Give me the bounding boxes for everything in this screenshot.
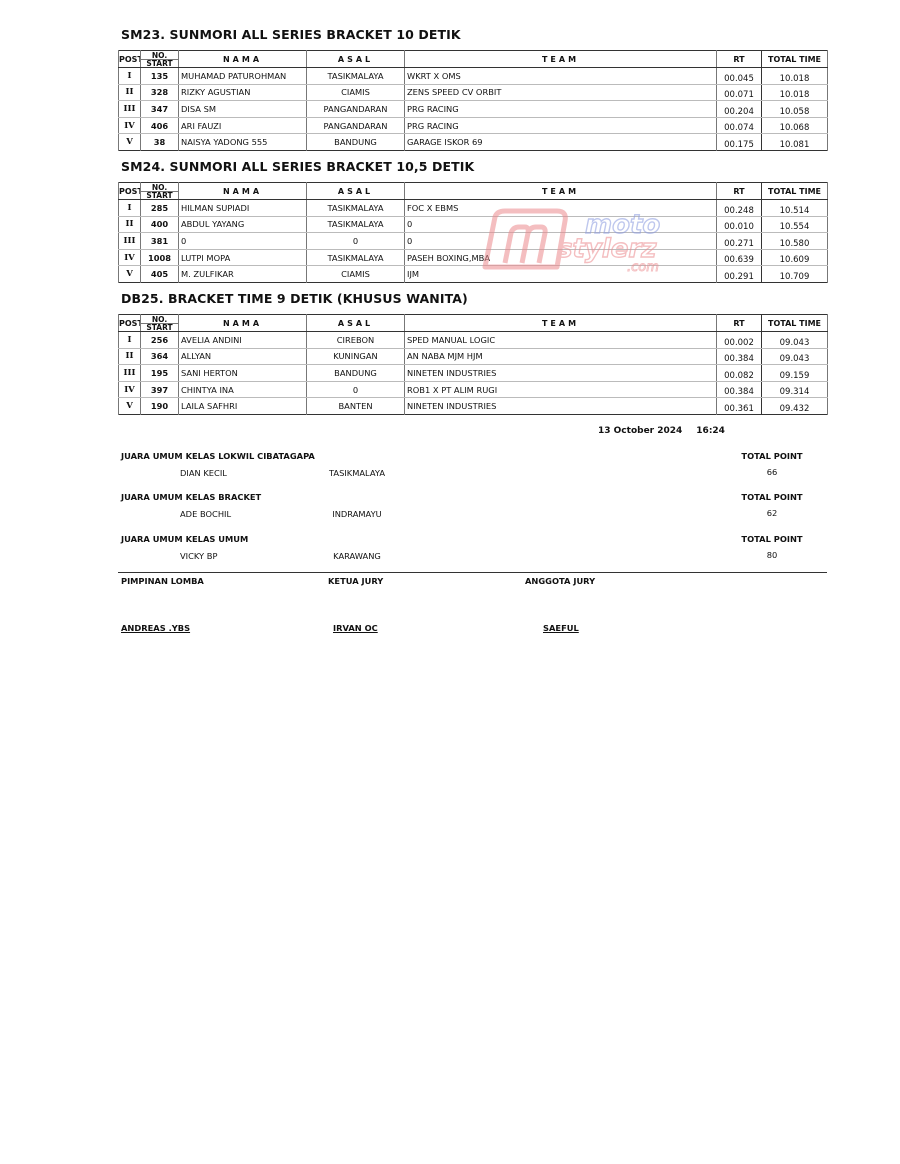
team-cell: FOC X EBMS	[405, 200, 717, 217]
origin-cell: TASIKMALAYA	[307, 200, 405, 217]
col-header-nama: NAMA	[179, 183, 307, 200]
reaction-time-cell: 00.384	[717, 348, 762, 365]
rider-name-cell: LUTPI MOPA	[179, 249, 307, 266]
table-row: IV1008LUTPI MOPATASIKMALAYAPASEH BOXING,…	[119, 249, 828, 266]
origin-cell: PANGANDARAN	[307, 117, 405, 134]
rider-name-cell: MUHAMAD PATUROHMAN	[179, 68, 307, 85]
total-time-cell: 09.043	[762, 332, 828, 349]
reaction-time-cell: 00.074	[717, 117, 762, 134]
col-header-pos: POST	[119, 51, 141, 68]
origin-cell: PANGANDARAN	[307, 101, 405, 118]
signature-role-anggota-jury: ANGGOTA JURY	[525, 576, 595, 586]
origin-cell: TASIKMALAYA	[307, 249, 405, 266]
print-timestamp: 13 October 202416:24	[598, 426, 725, 436]
table-row: III347DISA SMPANGANDARANPRG RACING00.204…	[119, 101, 828, 118]
total-time-cell: 10.709	[762, 266, 828, 283]
col-header-asal: ASAL	[307, 183, 405, 200]
rider-name-cell: DISA SM	[179, 101, 307, 118]
results-table-db25: POSTNO.STARTNAMAASALTEAMRTTOTAL TIMEI256…	[118, 314, 828, 415]
total-time-cell: 09.432	[762, 398, 828, 415]
col-header-rt: RT	[717, 183, 762, 200]
print-time: 16:24	[696, 426, 725, 436]
position-cell: I	[119, 68, 141, 85]
col-header-team: TEAM	[405, 315, 717, 332]
col-header-team: TEAM	[405, 51, 717, 68]
total-time-cell: 10.580	[762, 233, 828, 250]
rider-name-cell: LAILA SAFHRI	[179, 398, 307, 415]
team-cell: AN NABA MJM HJM	[405, 348, 717, 365]
origin-cell: 0	[307, 381, 405, 398]
col-header-total-time: TOTAL TIME	[762, 51, 828, 68]
rider-name-cell: ABDUL YAYANG	[179, 216, 307, 233]
rider-name-cell: SANI HERTON	[179, 365, 307, 382]
origin-cell: BANDUNG	[307, 365, 405, 382]
position-cell: III	[119, 233, 141, 250]
col-header-asal: ASAL	[307, 51, 405, 68]
reaction-time-cell: 00.248	[717, 200, 762, 217]
champion-origin-lokwil: TASIKMALAYA	[297, 468, 417, 478]
col-header-rt: RT	[717, 51, 762, 68]
position-cell: V	[119, 398, 141, 415]
rider-name-cell: ALLYAN	[179, 348, 307, 365]
position-cell: IV	[119, 381, 141, 398]
table-row: I135MUHAMAD PATUROHMANTASIKMALAYAWKRT X …	[119, 68, 828, 85]
total-time-cell: 10.068	[762, 117, 828, 134]
position-cell: I	[119, 332, 141, 349]
start-number-cell: 381	[141, 233, 179, 250]
start-number-cell: 285	[141, 200, 179, 217]
position-cell: II	[119, 216, 141, 233]
position-cell: I	[119, 200, 141, 217]
reaction-time-cell: 00.361	[717, 398, 762, 415]
start-number-cell: 135	[141, 68, 179, 85]
col-header-pos: POST	[119, 183, 141, 200]
position-cell: II	[119, 84, 141, 101]
total-time-cell: 09.159	[762, 365, 828, 382]
start-number-cell: 397	[141, 381, 179, 398]
position-cell: IV	[119, 249, 141, 266]
results-document: SM23. SUNMORI ALL SERIES BRACKET 10 DETI…	[0, 0, 900, 1164]
start-number-cell: 406	[141, 117, 179, 134]
origin-cell: CIAMIS	[307, 84, 405, 101]
rider-name-cell: CHINTYA INA	[179, 381, 307, 398]
col-header-no-start: NO.START	[141, 315, 179, 332]
col-header-no-start: NO.START	[141, 51, 179, 68]
rider-name-cell: HILMAN SUPIADI	[179, 200, 307, 217]
section-title-db25: DB25. BRACKET TIME 9 DETIK (KHUSUS WANIT…	[121, 291, 468, 306]
rider-name-cell: 0	[179, 233, 307, 250]
col-header-total-time: TOTAL TIME	[762, 183, 828, 200]
reaction-time-cell: 00.271	[717, 233, 762, 250]
team-cell: NINETEN INDUSTRIES	[405, 398, 717, 415]
table-row: III38100000.27110.580	[119, 233, 828, 250]
section-title-sm23: SM23. SUNMORI ALL SERIES BRACKET 10 DETI…	[121, 27, 461, 42]
position-cell: V	[119, 266, 141, 283]
start-number-cell: 1008	[141, 249, 179, 266]
champion-name-umum: VICKY BP	[180, 551, 217, 561]
start-number-cell: 400	[141, 216, 179, 233]
table-row: V38NAISYA YADONG 555BANDUNGGARAGE ISKOR …	[119, 134, 828, 151]
team-cell: GARAGE ISKOR 69	[405, 134, 717, 151]
start-number-cell: 256	[141, 332, 179, 349]
position-cell: III	[119, 101, 141, 118]
start-number-cell: 328	[141, 84, 179, 101]
champion-origin-umum: KARAWANG	[297, 551, 417, 561]
total-point-value-lokwil: 66	[732, 467, 812, 477]
total-time-cell: 10.018	[762, 84, 828, 101]
reaction-time-cell: 00.175	[717, 134, 762, 151]
origin-cell: TASIKMALAYA	[307, 68, 405, 85]
team-cell: WKRT X OMS	[405, 68, 717, 85]
team-cell: SPED MANUAL LOGIC	[405, 332, 717, 349]
rider-name-cell: ARI FAUZI	[179, 117, 307, 134]
print-date: 13 October 2024	[598, 426, 682, 436]
total-point-value-umum: 80	[732, 550, 812, 560]
table-row: I256AVELIA ANDINICIREBONSPED MANUAL LOGI…	[119, 332, 828, 349]
total-time-cell: 09.043	[762, 348, 828, 365]
champion-label-lokwil: JUARA UMUM KELAS LOKWIL CIBATAGAPA	[121, 451, 315, 461]
reaction-time-cell: 00.639	[717, 249, 762, 266]
section-title-sm24: SM24. SUNMORI ALL SERIES BRACKET 10,5 DE…	[121, 159, 474, 174]
table-row: IV406ARI FAUZIPANGANDARANPRG RACING00.07…	[119, 117, 828, 134]
signature-name-ketua-jury: IRVAN OC	[333, 623, 378, 633]
table-row: III195SANI HERTONBANDUNGNINETEN INDUSTRI…	[119, 365, 828, 382]
reaction-time-cell: 00.384	[717, 381, 762, 398]
reaction-time-cell: 00.204	[717, 101, 762, 118]
col-header-nama: NAMA	[179, 315, 307, 332]
origin-cell: BANDUNG	[307, 134, 405, 151]
team-cell: IJM	[405, 266, 717, 283]
start-number-cell: 195	[141, 365, 179, 382]
total-time-cell: 10.609	[762, 249, 828, 266]
results-table-sm24: POSTNO.STARTNAMAASALTEAMRTTOTAL TIMEI285…	[118, 182, 828, 283]
origin-cell: CIAMIS	[307, 266, 405, 283]
col-header-no-start: NO.START	[141, 183, 179, 200]
total-time-cell: 10.058	[762, 101, 828, 118]
reaction-time-cell: 00.045	[717, 68, 762, 85]
reaction-time-cell: 00.082	[717, 365, 762, 382]
team-cell: ZENS SPEED CV ORBIT	[405, 84, 717, 101]
team-cell: ROB1 X PT ALIM RUGI	[405, 381, 717, 398]
position-cell: V	[119, 134, 141, 151]
signature-name-anggota-jury: SAEFUL	[543, 623, 579, 633]
origin-cell: TASIKMALAYA	[307, 216, 405, 233]
position-cell: III	[119, 365, 141, 382]
total-time-cell: 10.018	[762, 68, 828, 85]
signature-divider	[118, 572, 827, 573]
total-time-cell: 10.554	[762, 216, 828, 233]
table-row: V190LAILA SAFHRIBANTENNINETEN INDUSTRIES…	[119, 398, 828, 415]
table-row: II400ABDUL YAYANGTASIKMALAYA000.01010.55…	[119, 216, 828, 233]
champion-label-umum: JUARA UMUM KELAS UMUM	[121, 534, 248, 544]
start-number-cell: 405	[141, 266, 179, 283]
team-cell: 0	[405, 233, 717, 250]
col-header-pos: POST	[119, 315, 141, 332]
origin-cell: KUNINGAN	[307, 348, 405, 365]
total-point-value-bracket: 62	[732, 508, 812, 518]
champion-name-bracket: ADE BOCHIL	[180, 509, 231, 519]
signature-name-pimpinan: ANDREAS .YBS	[121, 623, 190, 633]
team-cell: PASEH BOXING,MBA	[405, 249, 717, 266]
start-number-cell: 38	[141, 134, 179, 151]
col-header-team: TEAM	[405, 183, 717, 200]
signature-role-pimpinan: PIMPINAN LOMBA	[121, 576, 204, 586]
rider-name-cell: AVELIA ANDINI	[179, 332, 307, 349]
team-cell: 0	[405, 216, 717, 233]
reaction-time-cell: 00.002	[717, 332, 762, 349]
team-cell: PRG RACING	[405, 101, 717, 118]
start-number-cell: 190	[141, 398, 179, 415]
signature-role-ketua-jury: KETUA JURY	[328, 576, 383, 586]
origin-cell: 0	[307, 233, 405, 250]
total-point-label-lokwil: TOTAL POINT	[732, 451, 812, 461]
total-time-cell: 10.081	[762, 134, 828, 151]
rider-name-cell: M. ZULFIKAR	[179, 266, 307, 283]
start-number-cell: 347	[141, 101, 179, 118]
team-cell: NINETEN INDUSTRIES	[405, 365, 717, 382]
table-row: II328RIZKY AGUSTIANCIAMISZENS SPEED CV O…	[119, 84, 828, 101]
position-cell: IV	[119, 117, 141, 134]
table-row: I285HILMAN SUPIADITASIKMALAYAFOC X EBMS0…	[119, 200, 828, 217]
reaction-time-cell: 00.071	[717, 84, 762, 101]
champion-origin-bracket: INDRAMAYU	[297, 509, 417, 519]
col-header-asal: ASAL	[307, 315, 405, 332]
champion-label-bracket: JUARA UMUM KELAS BRACKET	[121, 492, 261, 502]
position-cell: II	[119, 348, 141, 365]
reaction-time-cell: 00.291	[717, 266, 762, 283]
table-row: II364ALLYANKUNINGANAN NABA MJM HJM00.384…	[119, 348, 828, 365]
total-time-cell: 09.314	[762, 381, 828, 398]
reaction-time-cell: 00.010	[717, 216, 762, 233]
total-time-cell: 10.514	[762, 200, 828, 217]
table-row: IV397CHINTYA INA0ROB1 X PT ALIM RUGI00.3…	[119, 381, 828, 398]
origin-cell: CIREBON	[307, 332, 405, 349]
champion-name-lokwil: DIAN KECIL	[180, 468, 227, 478]
rider-name-cell: RIZKY AGUSTIAN	[179, 84, 307, 101]
col-header-rt: RT	[717, 315, 762, 332]
total-point-label-umum: TOTAL POINT	[732, 534, 812, 544]
origin-cell: BANTEN	[307, 398, 405, 415]
table-row: V405M. ZULFIKARCIAMISIJM00.29110.709	[119, 266, 828, 283]
col-header-nama: NAMA	[179, 51, 307, 68]
team-cell: PRG RACING	[405, 117, 717, 134]
rider-name-cell: NAISYA YADONG 555	[179, 134, 307, 151]
total-point-label-bracket: TOTAL POINT	[732, 492, 812, 502]
col-header-total-time: TOTAL TIME	[762, 315, 828, 332]
results-table-sm23: POSTNO.STARTNAMAASALTEAMRTTOTAL TIMEI135…	[118, 50, 828, 151]
start-number-cell: 364	[141, 348, 179, 365]
